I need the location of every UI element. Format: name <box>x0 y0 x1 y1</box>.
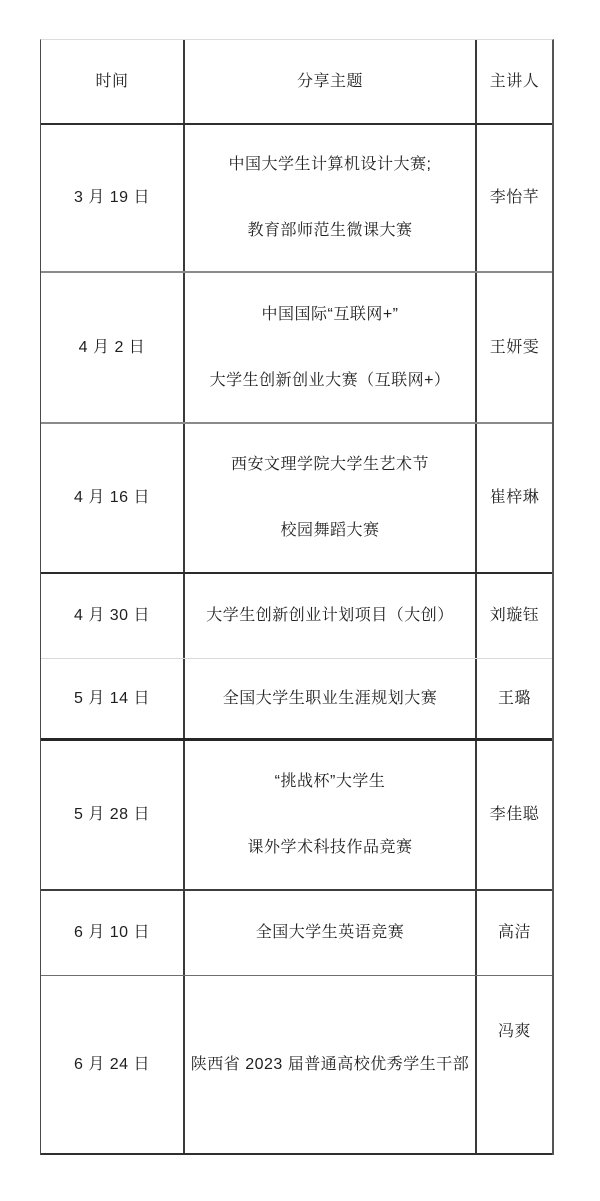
table-row: 5 月 14 日 全国大学生职业生涯规划大赛 王璐 <box>41 659 552 741</box>
page: 时间 分享主题 主讲人 3 月 19 日 中国大学生计算机设计大赛; 教育部师范… <box>0 0 600 1201</box>
topic-line: “挑战杯”大学生 <box>275 771 386 793</box>
time-cell: 4 月 30 日 <box>41 574 185 658</box>
topic-line: 全国大学生职业生涯规划大赛 <box>223 688 438 710</box>
table-row: 6 月 24 日 陕西省 2023 届普通高校优秀学生干部 冯爽 <box>41 976 552 1155</box>
topic-line: 全国大学生英语竞赛 <box>256 922 405 944</box>
header-topic: 分享主题 <box>185 40 477 123</box>
time-cell: 3 月 19 日 <box>41 125 185 271</box>
table-row: 4 月 2 日 中国国际“互联网+” 大学生创新创业大赛（互联网+） 王妍雯 <box>41 273 552 424</box>
table-header-row: 时间 分享主题 主讲人 <box>41 40 552 125</box>
speaker-cell: 冯爽 <box>477 976 552 1153</box>
topic-line: 教育部师范生微课大赛 <box>247 220 412 242</box>
schedule-table: 时间 分享主题 主讲人 3 月 19 日 中国大学生计算机设计大赛; 教育部师范… <box>40 39 554 1155</box>
topic-line: 陕西省 2023 届普通高校优秀学生干部 <box>191 1054 470 1076</box>
speaker-cell: 高洁 <box>477 891 552 975</box>
table-row: 3 月 19 日 中国大学生计算机设计大赛; 教育部师范生微课大赛 李怡芊 <box>41 125 552 273</box>
speaker-cell: 李怡芊 <box>477 125 552 271</box>
topic-cell: 西安文理学院大学生艺术节 校园舞蹈大赛 <box>185 424 477 572</box>
topic-line: 中国大学生计算机设计大赛; <box>229 154 432 176</box>
topic-cell: 中国国际“互联网+” 大学生创新创业大赛（互联网+） <box>185 273 477 422</box>
time-cell: 5 月 14 日 <box>41 659 185 738</box>
time-cell: 5 月 28 日 <box>41 741 185 889</box>
speaker-cell: 王璐 <box>477 659 552 738</box>
topic-line: 大学生创新创业大赛（互联网+） <box>210 370 451 392</box>
topic-cell: 全国大学生职业生涯规划大赛 <box>185 659 477 738</box>
speaker-cell: 崔梓琳 <box>477 424 552 572</box>
topic-cell: “挑战杯”大学生 课外学术科技作品竞赛 <box>185 741 477 889</box>
topic-line: 校园舞蹈大赛 <box>280 520 379 542</box>
time-cell: 6 月 10 日 <box>41 891 185 975</box>
topic-cell: 全国大学生英语竞赛 <box>185 891 477 975</box>
time-cell: 4 月 16 日 <box>41 424 185 572</box>
topic-line: 大学生创新创业计划项目（大创） <box>206 605 454 627</box>
header-time: 时间 <box>41 40 185 123</box>
table-row: 4 月 30 日 大学生创新创业计划项目（大创） 刘璇钰 <box>41 574 552 659</box>
topic-cell: 大学生创新创业计划项目（大创） <box>185 574 477 658</box>
speaker-cell: 王妍雯 <box>477 273 552 422</box>
table-row: 5 月 28 日 “挑战杯”大学生 课外学术科技作品竞赛 李佳聪 <box>41 741 552 891</box>
speaker-cell: 李佳聪 <box>477 741 552 889</box>
topic-cell: 陕西省 2023 届普通高校优秀学生干部 <box>185 976 477 1153</box>
speaker-name: 冯爽 <box>498 1021 531 1043</box>
time-cell: 4 月 2 日 <box>41 273 185 422</box>
speaker-cell: 刘璇钰 <box>477 574 552 658</box>
time-cell: 6 月 24 日 <box>41 976 185 1153</box>
topic-line: 中国国际“互联网+” <box>261 304 398 326</box>
table-row: 4 月 16 日 西安文理学院大学生艺术节 校园舞蹈大赛 崔梓琳 <box>41 424 552 574</box>
topic-line: 课外学术科技作品竞赛 <box>247 837 412 859</box>
topic-cell: 中国大学生计算机设计大赛; 教育部师范生微课大赛 <box>185 125 477 271</box>
header-speaker: 主讲人 <box>477 40 552 123</box>
topic-line: 西安文理学院大学生艺术节 <box>231 454 429 476</box>
table-row: 6 月 10 日 全国大学生英语竞赛 高洁 <box>41 891 552 976</box>
